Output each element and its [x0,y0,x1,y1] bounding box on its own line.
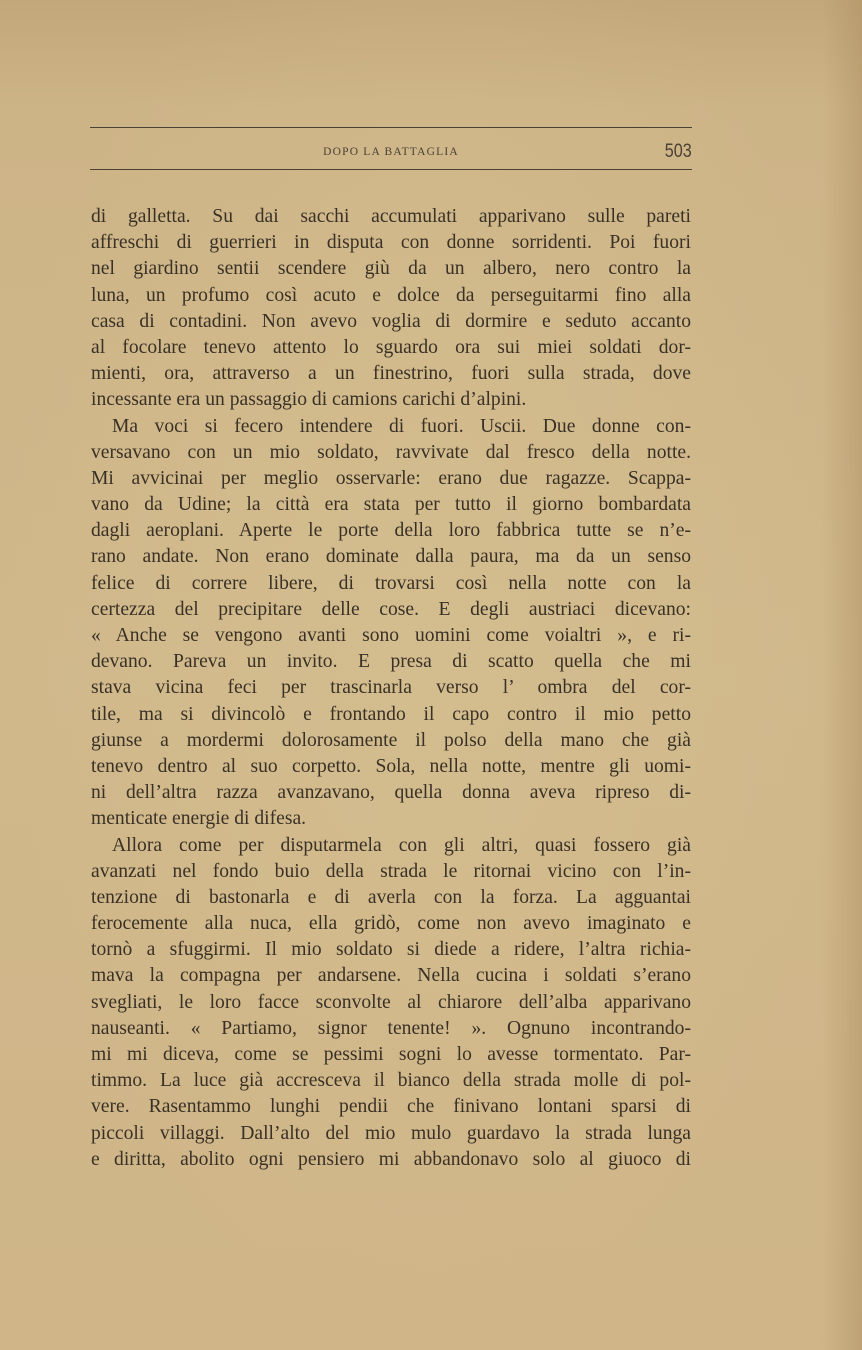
page-number: 503 [665,141,692,163]
text-line: Ma voci si fecero intendere di fuori. Us… [91,414,691,440]
text-line: ferocemente alla nuca, ella gridò, come … [91,911,691,937]
text-line: mienti, ora, attraverso a un finestrino,… [91,361,691,387]
text-line: menticate energie di difesa. [91,806,691,832]
text-line: mi mi diceva, come se pessimi sogni lo a… [91,1042,691,1068]
paragraph-2: Ma voci si fecero intendere di fuori. Us… [91,414,691,833]
text-line: rano andate. Non erano dominate dalla pa… [91,544,691,570]
page-edge-shadow [822,0,862,1350]
text-line: di galletta. Su dai sacchi accumulati ap… [91,204,691,230]
paragraph-1: di galletta. Su dai sacchi accumulati ap… [91,204,691,414]
text-line: piccoli villaggi. Dall’alto del mio mulo… [91,1121,691,1147]
body-text: di galletta. Su dai sacchi accumulati ap… [91,204,691,1173]
running-head: DOPO LA BATTAGLIA 503 [90,144,692,164]
header-rule-top [90,127,692,128]
text-line: vano da Udine; la città era stata per tu… [91,492,691,518]
text-line: « Anche se vengono avanti sono uomini co… [91,623,691,649]
text-line: affreschi di guerrieri in disputa con do… [91,230,691,256]
text-line: ni dell’altra razza avanzavano, quella d… [91,780,691,806]
header-rule-bottom [90,169,692,170]
text-line: nel giardino sentii scendere giù da un a… [91,256,691,282]
text-line: tenzione di bastonarla e di averla con l… [91,885,691,911]
text-line: devano. Pareva un invito. E presa di sca… [91,649,691,675]
text-line: vere. Rasentammo lunghi pendii che finiv… [91,1094,691,1120]
text-line: giunse a mordermi dolorosamente il polso… [91,728,691,754]
text-line: certezza del precipitare delle cose. E d… [91,597,691,623]
text-line: tile, ma si divincolò e frontando il cap… [91,702,691,728]
text-line: versavano con un mio soldato, ravvivate … [91,440,691,466]
text-line: svegliati, le loro facce sconvolte al ch… [91,990,691,1016]
text-line: luna, un profumo così acuto e dolce da p… [91,283,691,309]
text-line: e diritta, abolito ogni pensiero mi abba… [91,1147,691,1173]
text-line: nauseanti. « Partiamo, signor tenente! »… [91,1016,691,1042]
text-line: tornò a sfuggirmi. Il mio soldato si die… [91,937,691,963]
text-line: al focolare tenevo attento lo sguardo or… [91,335,691,361]
text-line: dagli aeroplani. Aperte le porte della l… [91,518,691,544]
text-line: tenevo dentro al suo corpetto. Sola, nel… [91,754,691,780]
text-line: stava vicina feci per trascinarla verso … [91,675,691,701]
text-line: mava la compagna per andarsene. Nella cu… [91,963,691,989]
running-head-title: DOPO LA BATTAGLIA [90,146,692,158]
text-line: Allora come per disputarmela con gli alt… [91,833,691,859]
text-line: Mi avvicinai per meglio osservarle: eran… [91,466,691,492]
paragraph-3: Allora come per disputarmela con gli alt… [91,833,691,1173]
text-line: avanzati nel fondo buio della strada le … [91,859,691,885]
text-line: casa di contadini. Non avevo voglia di d… [91,309,691,335]
text-line: timmo. La luce già accresceva il bianco … [91,1068,691,1094]
text-line: incessante era un passaggio di camions c… [91,387,691,413]
text-line: felice di correre libere, di trovarsi co… [91,571,691,597]
